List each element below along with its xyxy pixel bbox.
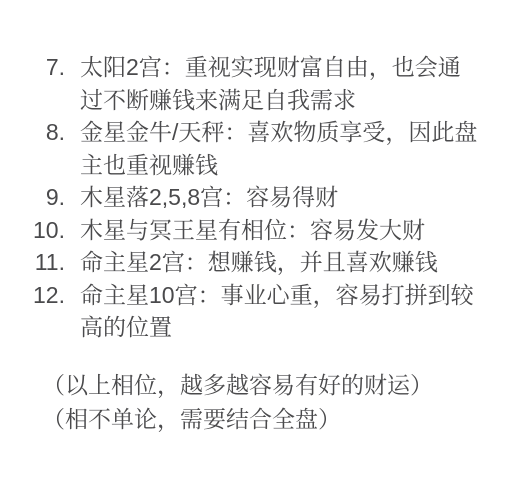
list-item: 8. 金星金牛/天秤：喜欢物质享受，因此盘主也重视赚钱: [0, 116, 482, 181]
item-number: 11.: [0, 246, 65, 279]
list-item: 7. 太阳2宫：重视实现财富自由，也会通过不断赚钱来满足自我需求: [0, 51, 482, 116]
item-text: 命主星2宫：想赚钱，并且喜欢赚钱: [80, 246, 482, 279]
item-number: 9.: [0, 181, 65, 214]
item-text: 太阳2宫：重视实现财富自由，也会通过不断赚钱来满足自我需求: [80, 51, 482, 116]
note-line-1: （以上相位，越多越容易有好的财运）: [42, 368, 482, 402]
item-text: 命主星10宫：事业心重，容易打拼到较高的位置: [80, 279, 482, 344]
note-line-2: （相不单论，需要结合全盘）: [42, 402, 482, 436]
notes-section: （以上相位，越多越容易有好的财运） （相不单论，需要结合全盘）: [0, 368, 482, 436]
item-text: 木星落2,5,8宫：容易得财: [80, 181, 482, 214]
list-item: 9. 木星落2,5,8宫：容易得财: [0, 181, 482, 214]
list-item: 10. 木星与冥王星有相位：容易发大财: [0, 214, 482, 247]
item-number: 8.: [0, 116, 65, 149]
item-text: 金星金牛/天秤：喜欢物质享受，因此盘主也重视赚钱: [80, 116, 482, 181]
list-item: 12. 命主星10宫：事业心重，容易打拼到较高的位置: [0, 279, 482, 344]
item-number: 10.: [0, 214, 65, 247]
document-page: 7. 太阳2宫：重视实现财富自由，也会通过不断赚钱来满足自我需求 8. 金星金牛…: [0, 0, 514, 500]
list-item: 11. 命主星2宫：想赚钱，并且喜欢赚钱: [0, 246, 482, 279]
item-text: 木星与冥王星有相位：容易发大财: [80, 214, 482, 247]
item-number: 12.: [0, 279, 65, 312]
item-number: 7.: [0, 51, 65, 84]
numbered-list: 7. 太阳2宫：重视实现财富自由，也会通过不断赚钱来满足自我需求 8. 金星金牛…: [0, 51, 482, 344]
